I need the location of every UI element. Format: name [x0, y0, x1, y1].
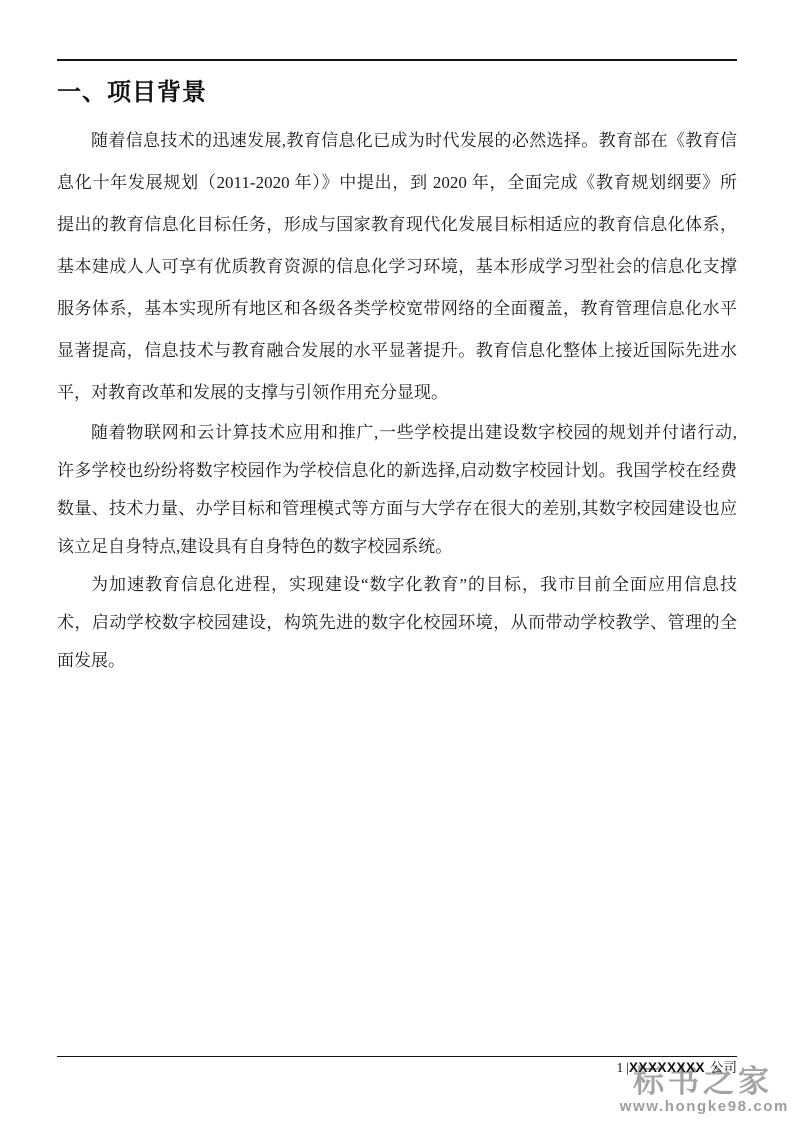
text-line: 显著提高，信息技术与教育融合发展的水平显著提升。教育信息化整体上接近国际先进水 [57, 330, 737, 372]
page-footer: 1|XXXXXXXX公司 [57, 1059, 737, 1077]
text-line: 平，对教育改革和发展的支撑与引领作用充分显现。 [57, 372, 737, 414]
text-line: 为加速教育信息化进程，实现建设“数字化教育”的目标，我市目前全面应用信息技 [57, 566, 737, 604]
document-page: 一、项目背景 随着信息技术的迅速发展,教育信息化已成为时代发展的必然选择。教育部… [0, 0, 793, 1122]
page-number: 1 [617, 1060, 624, 1075]
text-line: 提出的教育信息化目标任务，形成与国家教育现代化发展目标相适应的教育信息化体系， [57, 204, 737, 246]
company-name-masked: XXXXXXXX [629, 1060, 705, 1075]
paragraph-1: 随着信息技术的迅速发展,教育信息化已成为时代发展的必然选择。教育部在《教育信 息… [57, 120, 737, 414]
paragraph-3: 为加速教育信息化进程，实现建设“数字化教育”的目标，我市目前全面应用信息技 术，… [57, 566, 737, 680]
watermark-url-text: www.hongke98.com [620, 1099, 789, 1115]
section-heading: 一、项目背景 [57, 78, 207, 108]
text-line: 服务体系，基本实现所有地区和各级各类学校宽带网络的全面覆盖，教育管理信息化水平 [57, 288, 737, 330]
text-line: 术，启动学校数字校园建设，构筑先进的数字化校园环境，从而带动学校教学、管理的全 [57, 604, 737, 642]
paragraph-2: 随着物联网和云计算技术应用和推广,一些学校提出建设数字校园的规划并付诸行动, 许… [57, 414, 737, 566]
company-suffix: 公司 [710, 1060, 737, 1075]
text-line: 该立足自身特点,建设具有自身特色的数字校园系统。 [57, 528, 737, 566]
body-text: 随着信息技术的迅速发展,教育信息化已成为时代发展的必然选择。教育部在《教育信 息… [57, 120, 737, 680]
footer-rule [57, 1056, 737, 1057]
header-rule [57, 59, 737, 61]
text-line: 息化十年发展规划（2011-2020 年）》中提出，到 2020 年，全面完成《… [57, 162, 737, 204]
text-line: 随着物联网和云计算技术应用和推广,一些学校提出建设数字校园的规划并付诸行动, [57, 414, 737, 452]
text-line: 基本建成人人可享有优质教育资源的信息化学习环境，基本形成学习型社会的信息化支撑 [57, 246, 737, 288]
text-line: 随着信息技术的迅速发展,教育信息化已成为时代发展的必然选择。教育部在《教育信 [57, 120, 737, 162]
text-line: 面发展。 [57, 642, 737, 680]
text-line: 数量、技术力量、办学目标和管理模式等方面与大学存在很大的差别,其数字校园建设也应 [57, 490, 737, 528]
text-line: 许多学校也纷纷将数字校园作为学校信息化的新选择,启动数字校园计划。我国学校在经费 [57, 452, 737, 490]
